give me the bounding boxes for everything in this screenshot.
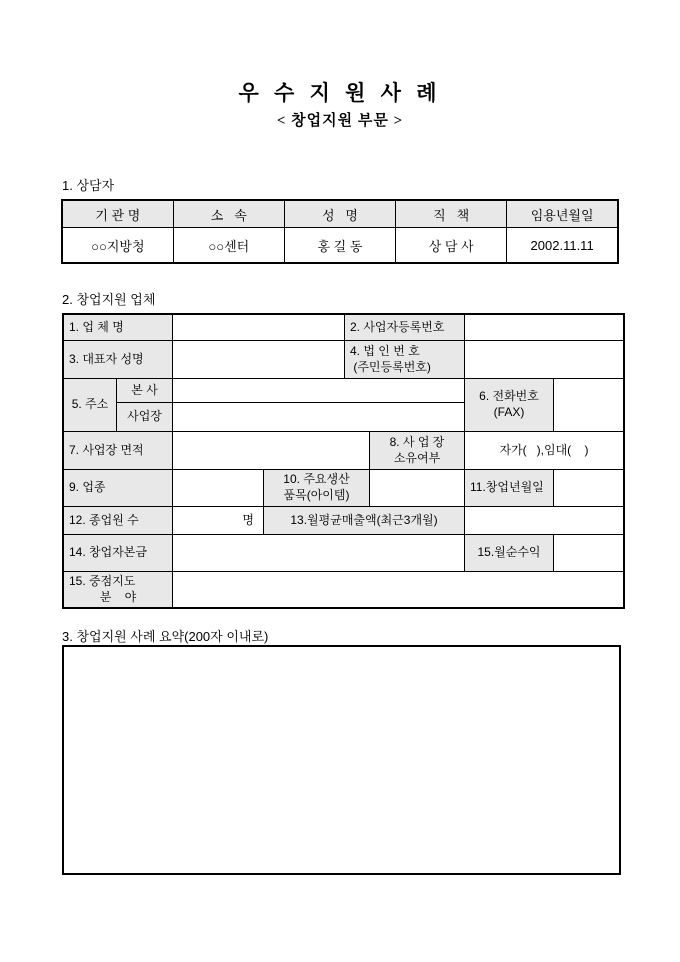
field-founding-date[interactable] xyxy=(554,470,623,507)
label-main-products-line2: 품목(아이템) xyxy=(264,488,369,504)
label-main-products-line1: 10. 주요생산 xyxy=(264,472,369,488)
field-employee-count[interactable]: 명 xyxy=(173,507,264,535)
label-site-ownership: 8. 사 업 장 소유여부 xyxy=(370,432,465,470)
label-address: 5. 주소 xyxy=(64,379,117,432)
page-subtitle: < 창업지원 부문 > xyxy=(0,109,680,130)
field-monthly-net-profit[interactable] xyxy=(554,535,623,572)
label-site-ownership-line2: 소유여부 xyxy=(370,451,464,467)
value-position: 상 담 사 xyxy=(396,228,507,264)
company-info-table: 1. 업 체 명 2. 사업자등록번호 3. 대표자 성명 4. 법 인 번 호… xyxy=(62,313,625,609)
label-corporation-number-line1: 4. 법 인 번 호 xyxy=(350,344,464,360)
label-corporation-number-line2: (주민등록번호) xyxy=(350,360,464,376)
label-company-name: 1. 업 체 명 xyxy=(64,315,173,341)
header-appointment-date: 임용년월일 xyxy=(507,200,618,228)
label-focus-guidance-line2: 분 야 xyxy=(64,590,172,606)
field-phone-fax[interactable] xyxy=(554,379,623,432)
label-corporation-number: 4. 법 인 번 호 (주민등록번호) xyxy=(345,341,465,379)
value-name: 홍 길 동 xyxy=(284,228,395,264)
field-business-registration-number[interactable] xyxy=(465,315,623,341)
counselor-header-row: 기 관 명 소 속 성 명 직 책 임용년월일 xyxy=(62,200,618,228)
header-affiliation: 소 속 xyxy=(173,200,284,228)
document-page: 우 수 지 원 사 례 < 창업지원 부문 > 1. 상담자 기 관 명 소 속… xyxy=(0,0,680,962)
field-monthly-average-sales[interactable] xyxy=(465,507,623,535)
page-title: 우 수 지 원 사 례 xyxy=(0,77,680,107)
field-head-office-address[interactable] xyxy=(173,379,465,403)
counselor-value-row: ○○지방청 ○○센터 홍 길 동 상 담 사 2002.11.11 xyxy=(62,228,618,264)
value-appointment-date: 2002.11.11 xyxy=(507,228,618,264)
label-business-registration-number: 2. 사업자등록번호 xyxy=(345,315,465,341)
label-startup-capital: 14. 창업자본금 xyxy=(64,535,173,572)
label-founding-date: 11.창업년월일 xyxy=(465,470,554,507)
label-monthly-net-profit: 15.월순수익 xyxy=(465,535,554,572)
value-institution: ○○지방청 xyxy=(62,228,173,264)
label-monthly-average-sales: 13.월평균매출액(최근3개월) xyxy=(264,507,465,535)
section-1-heading: 1. 상담자 xyxy=(62,175,114,194)
label-employee-count: 12. 종업원 수 xyxy=(64,507,173,535)
field-corporation-number[interactable] xyxy=(465,341,623,379)
field-site-ownership[interactable]: 자가( ),임대( ) xyxy=(465,432,623,470)
field-business-site-address[interactable] xyxy=(173,403,465,432)
label-phone-fax: 6. 전화번호 (FAX) xyxy=(465,379,554,432)
label-head-office: 본 사 xyxy=(117,379,173,403)
field-company-name[interactable] xyxy=(173,315,345,341)
label-focus-guidance-area: 15. 중점지도 분 야 xyxy=(64,572,173,607)
section-3-heading: 3. 창업지원 사례 요약(200자 이내로) xyxy=(62,626,268,645)
header-name: 성 명 xyxy=(284,200,395,228)
header-institution: 기 관 명 xyxy=(62,200,173,228)
label-phone-line1: 6. 전화번호 xyxy=(465,389,553,405)
header-position: 직 책 xyxy=(396,200,507,228)
label-focus-guidance-line1: 15. 중점지도 xyxy=(64,574,172,590)
field-ceo-name[interactable] xyxy=(173,341,345,379)
label-ceo-name: 3. 대표자 성명 xyxy=(64,341,173,379)
counselor-table: 기 관 명 소 속 성 명 직 책 임용년월일 ○○지방청 ○○센터 홍 길 동… xyxy=(61,199,619,264)
field-startup-capital[interactable] xyxy=(173,535,465,572)
value-affiliation: ○○센터 xyxy=(173,228,284,264)
field-industry[interactable] xyxy=(173,470,264,507)
label-phone-line2: (FAX) xyxy=(465,405,553,421)
label-industry: 9. 업종 xyxy=(64,470,173,507)
label-site-ownership-line1: 8. 사 업 장 xyxy=(370,435,464,451)
field-focus-guidance-area[interactable] xyxy=(173,572,623,607)
field-main-products[interactable] xyxy=(370,470,465,507)
field-site-area[interactable] xyxy=(173,432,370,470)
label-main-products: 10. 주요생산 품목(아이템) xyxy=(264,470,370,507)
section-2-heading: 2. 창업지원 업체 xyxy=(62,289,155,308)
case-summary-box[interactable] xyxy=(62,645,621,875)
label-business-site: 사업장 xyxy=(117,403,173,432)
label-site-area: 7. 사업장 면적 xyxy=(64,432,173,470)
